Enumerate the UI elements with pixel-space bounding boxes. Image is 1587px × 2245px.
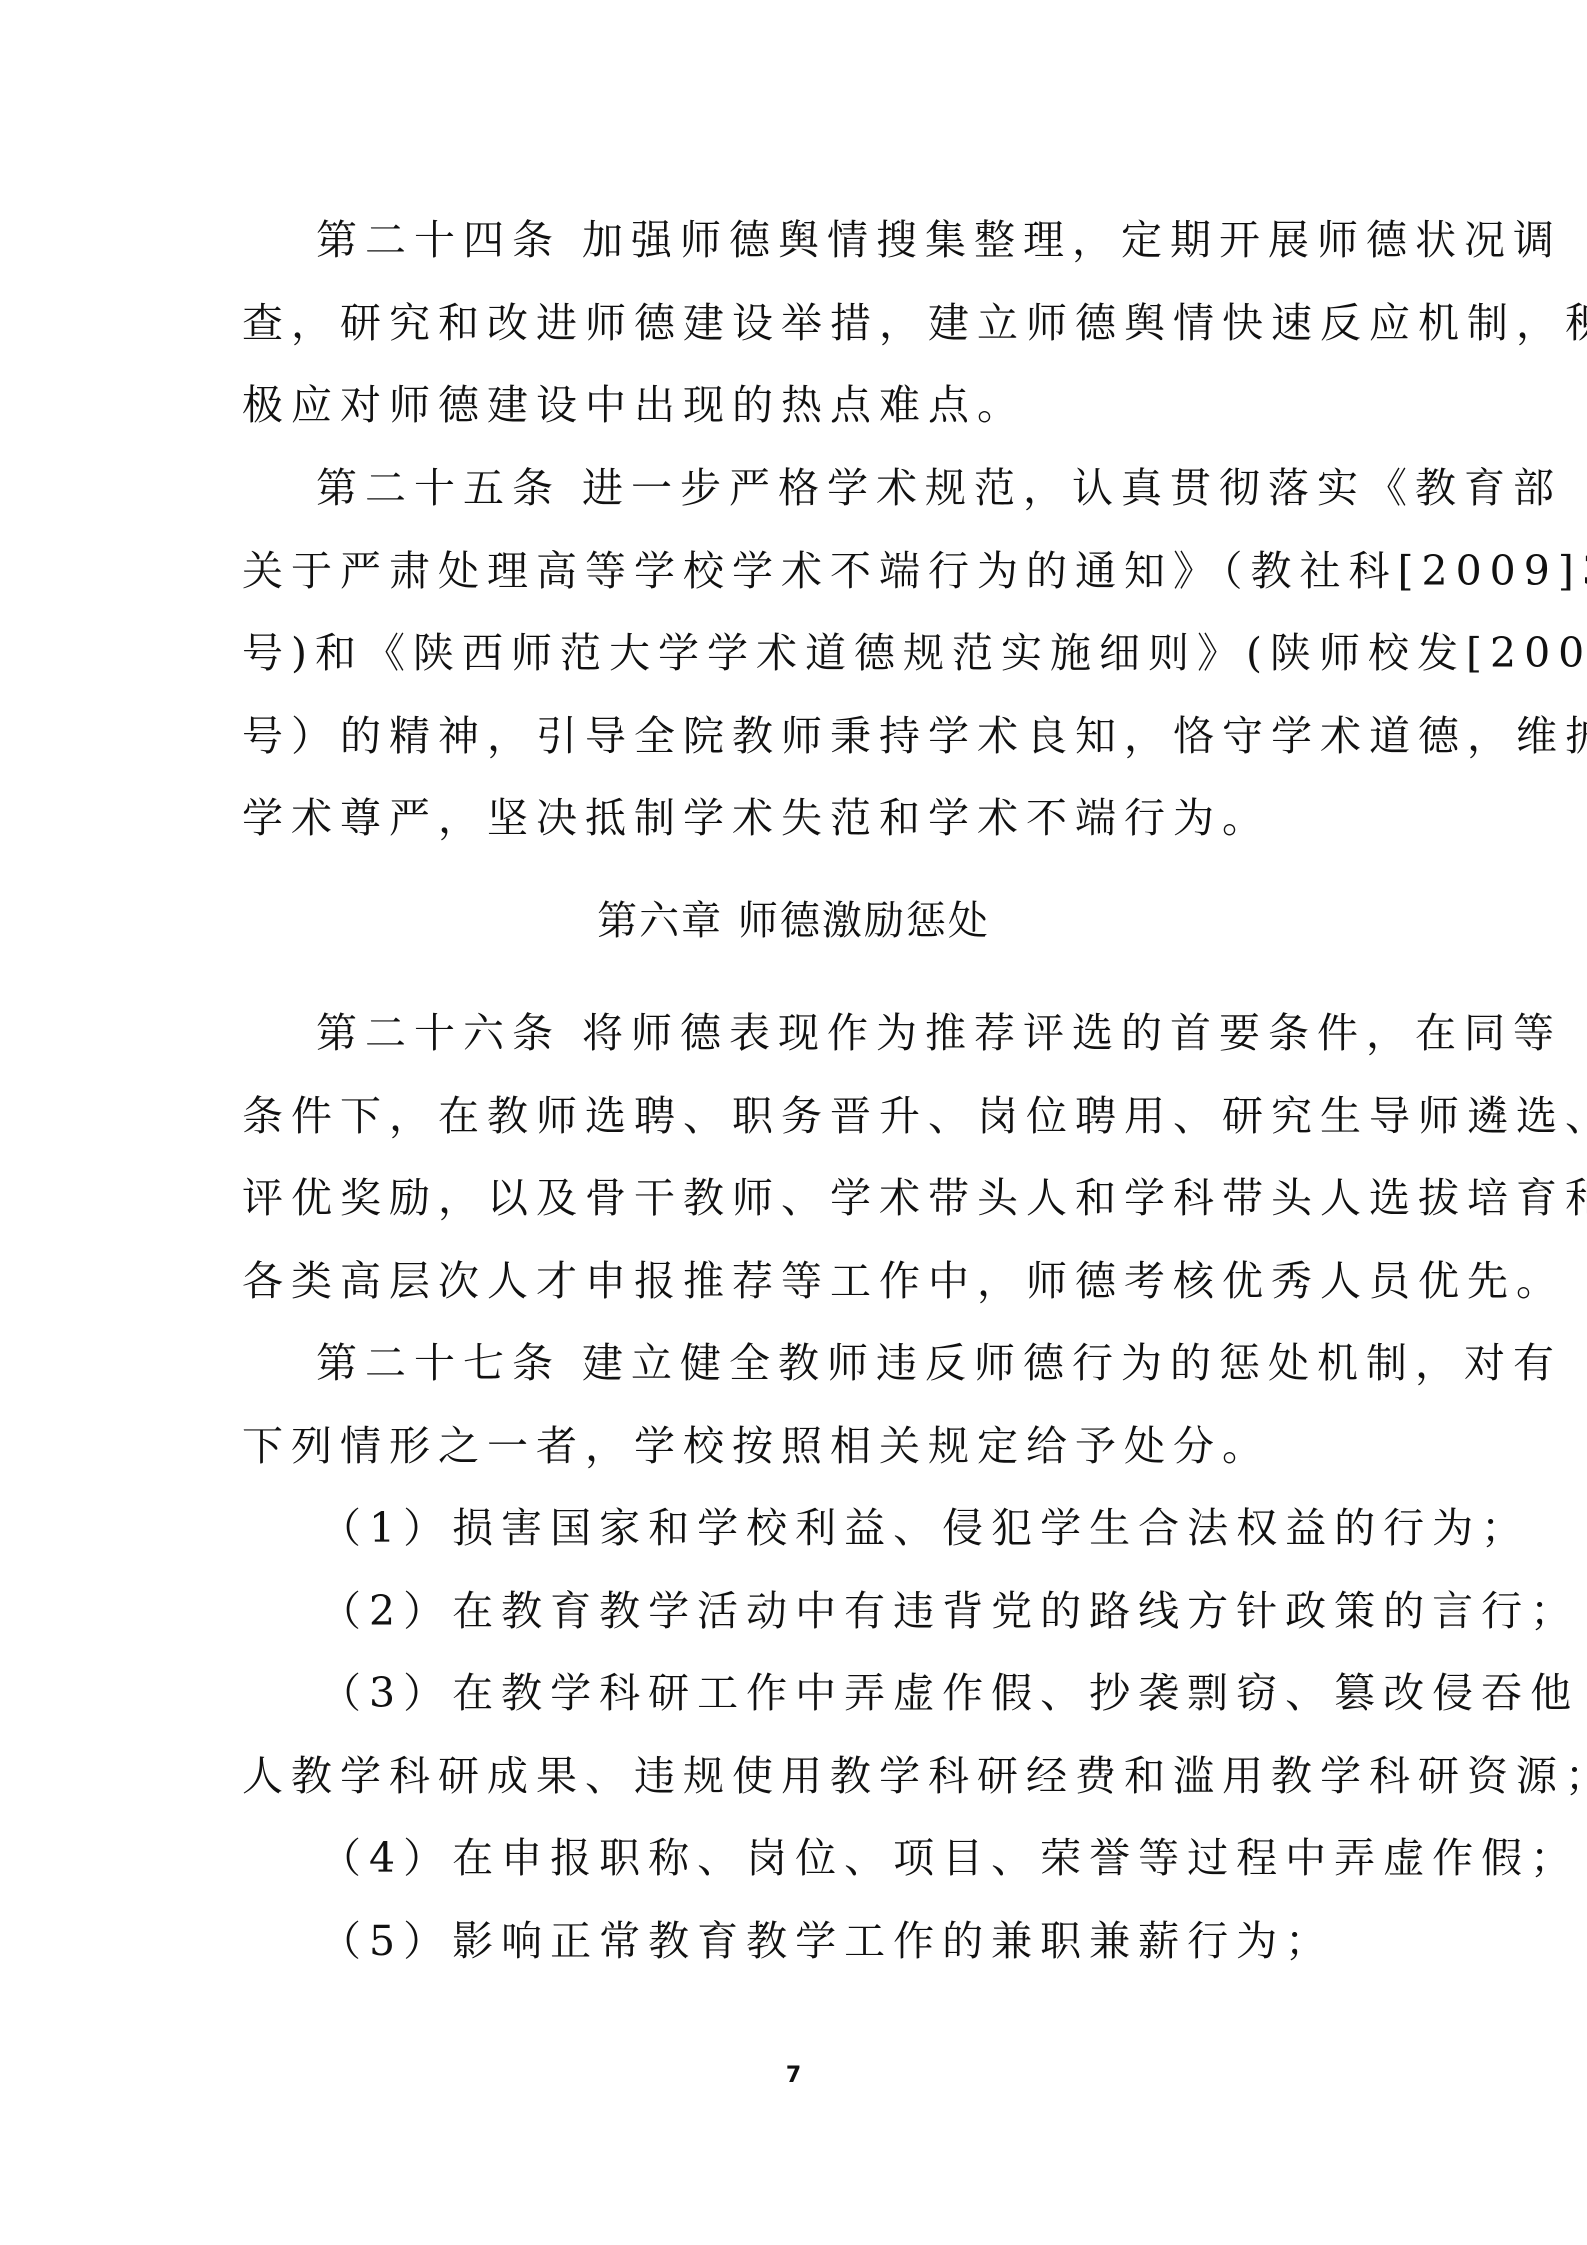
article-26-line: 评优奖励，以及骨干教师、学术带头人和学科带头人选拔培育和 [242,1170,1350,1226]
article-25-line: 第二十五条 进一步严格学术规范，认真贯彻落实《教育部 [316,460,1350,516]
article-25-line: 学术尊严，坚决抵制学术失范和学术不端行为。 [242,790,1350,846]
article-25-line: 号)和《陕西师范大学学术道德规范实施细则》(陕师校发[2006]2 [242,625,1350,681]
list-item-continuation: 人教学科研成果、违规使用教学科研经费和滥用教学科研资源； [242,1748,1350,1804]
chapter-heading: 第六章 师德激励惩处 [0,893,1587,949]
article-24-line: 查，研究和改进师德建设举措，建立师德舆情快速反应机制，积 [242,295,1350,351]
article-24-line: 极应对师德建设中出现的热点难点。 [242,377,1350,433]
article-27-line: 下列情形之一者，学校按照相关规定给予处分。 [242,1418,1350,1474]
list-item: （5）影响正常教育教学工作的兼职兼薪行为； [320,1913,1350,1969]
article-26-line: 条件下，在教师选聘、职务晋升、岗位聘用、研究生导师遴选、 [242,1088,1350,1144]
article-27-line: 第二十七条 建立健全教师违反师德行为的惩处机制，对有 [316,1335,1350,1391]
article-25-line: 关于严肃处理高等学校学术不端行为的通知》（教社科[2009]3 [242,543,1350,599]
list-item: （4）在申报职称、岗位、项目、荣誉等过程中弄虚作假； [320,1830,1350,1886]
document-page: 第二十四条 加强师德舆情搜集整理，定期开展师德状况调 查，研究和改进师德建设举措… [0,0,1587,2245]
article-25-line: 号）的精神，引导全院教师秉持学术良知，恪守学术道德，维护 [242,708,1350,764]
article-26-line: 第二十六条 将师德表现作为推荐评选的首要条件，在同等 [316,1005,1350,1061]
article-26-line: 各类高层次人才申报推荐等工作中，师德考核优秀人员优先。 [242,1253,1350,1309]
list-item: （3）在教学科研工作中弄虚作假、抄袭剽窃、篡改侵吞他 [320,1665,1350,1721]
page-number: 7 [0,2063,1587,2088]
article-24-line: 第二十四条 加强师德舆情搜集整理，定期开展师德状况调 [316,212,1350,268]
list-item: （2）在教育教学活动中有违背党的路线方针政策的言行； [320,1583,1350,1639]
list-item: （1）损害国家和学校利益、侵犯学生合法权益的行为； [320,1500,1350,1556]
